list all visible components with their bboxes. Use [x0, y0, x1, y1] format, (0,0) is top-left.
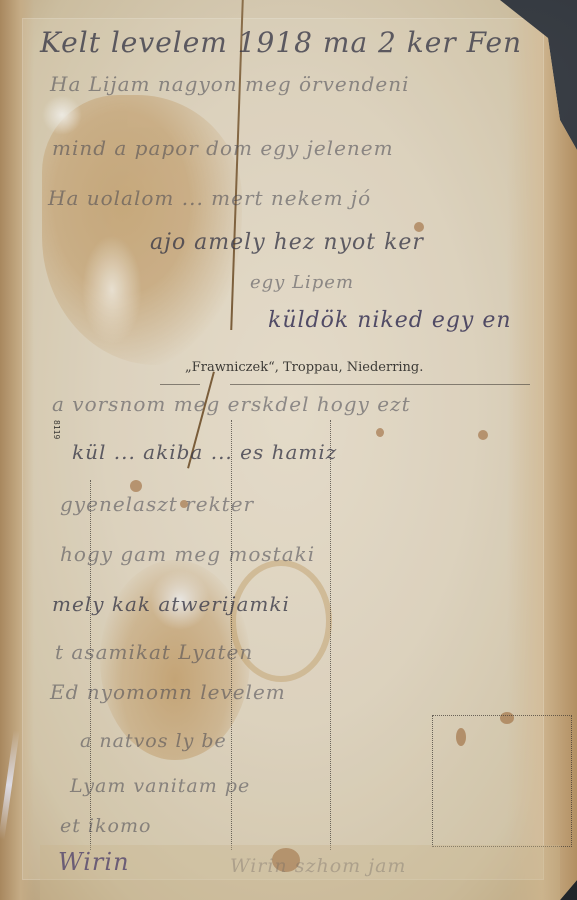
handwriting-line: a natvos ly be	[80, 730, 227, 752]
handwriting-line: kül ... akiba ... es hamiz	[72, 440, 337, 464]
handwriting-line: Ha Lijam nagyon meg örvendeni	[50, 72, 410, 96]
divider-line	[230, 384, 530, 385]
handwriting-line: Ed nyomomn levelem	[50, 680, 286, 704]
handwriting-line: mely kak atwerijamki	[52, 592, 290, 616]
handwriting-line: hogy gam meg mostaki	[60, 542, 315, 566]
postcard: „Frawniczek“, Troppau, Niederring. 8119 …	[0, 0, 577, 900]
divider-line	[160, 384, 200, 385]
stamp-box	[432, 715, 572, 847]
tape-strip	[40, 845, 560, 900]
handwriting-line: mind a papor dom egy jelenem	[52, 136, 394, 160]
handwriting-line: Lyam vanitam pe	[70, 775, 250, 797]
foxing-spot	[376, 428, 384, 437]
handwriting-line: t asamikat Lyaten	[55, 640, 253, 664]
foxing-spot	[478, 430, 488, 440]
paper-peel	[82, 235, 142, 345]
serial-number: 8119	[52, 420, 61, 439]
publisher-imprint: „Frawniczek“, Troppau, Niederring.	[185, 360, 423, 375]
foxing-spot	[130, 480, 142, 492]
handwriting-line: Ha uolalom ... mert nekem jó	[48, 186, 371, 210]
dotted-guide	[330, 420, 331, 850]
handwriting-line: egy Lipem	[250, 272, 354, 293]
handwriting-line: ajo amely hez nyot ker	[150, 230, 424, 255]
handwriting-line: Kelt levelem 1918 ma 2 ker Fen	[40, 26, 522, 59]
handwriting-line: küldök niked egy en	[268, 308, 512, 333]
handwriting-line: a vorsnom meg erskdel hogy ezt	[52, 392, 411, 416]
paper-peel	[42, 95, 82, 135]
handwriting-line: et ikomo	[60, 815, 151, 837]
handwriting-line: gyenelaszt rekter	[60, 492, 254, 516]
